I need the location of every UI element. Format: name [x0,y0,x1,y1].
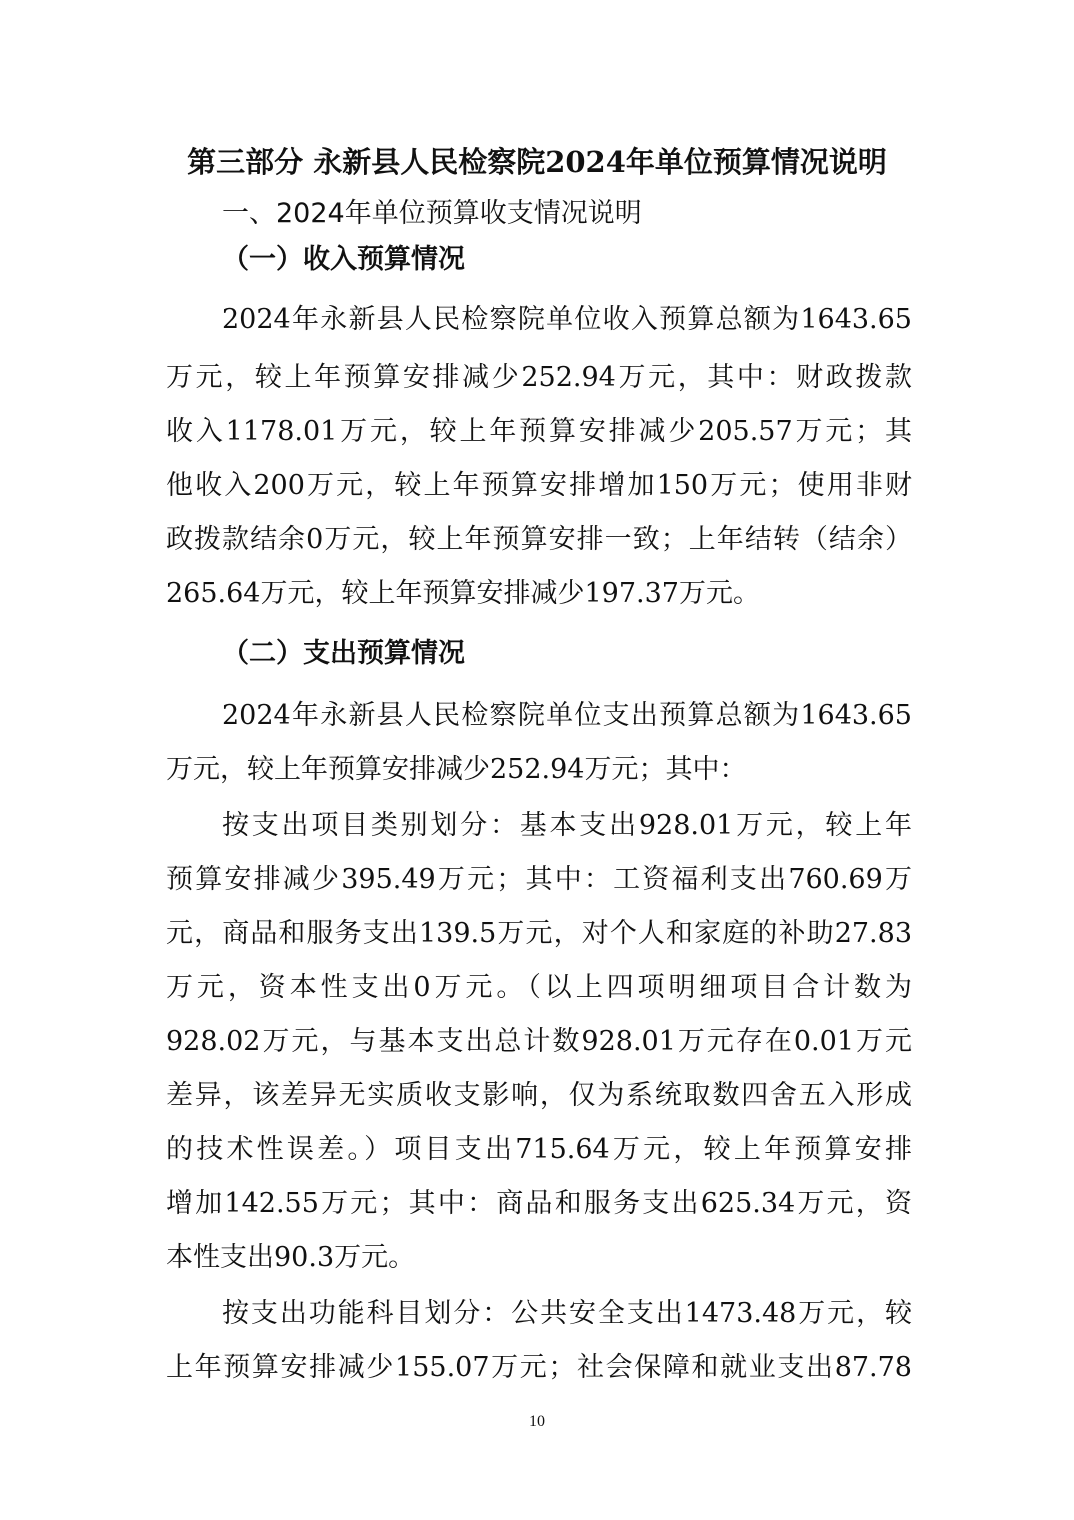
paragraph-line: 元，商品和服务支出139.5万元，对个人和家庭的补助27.83 [166,912,912,956]
page-number: 10 [0,1410,1074,1434]
paragraph-line: 按支出项目类别划分：基本支出928.01万元，较上年 [222,804,912,848]
paragraph-line: 本性支出90.3万元。 [166,1236,912,1280]
subsection-heading-expenditure: （二）支出预算情况 [222,632,465,676]
section-heading-budget-overview: 一、2024年单位预算收支情况说明 [222,192,642,236]
paragraph-line: 政拨款结余0万元，较上年预算安排一致；上年结转（结余） [166,518,912,562]
paragraph-line: 万元，资本性支出0万元。（以上四项明细项目合计数为 [166,966,912,1010]
paragraph-line: 增加142.55万元；其中：商品和服务支出625.34万元，资 [166,1182,912,1226]
subsection-heading-income: （一）收入预算情况 [222,238,465,282]
paragraph-line: 2024年永新县人民检察院单位支出预算总额为1643.65 [222,694,912,738]
paragraph-line: 265.64万元，较上年预算安排减少197.37万元。 [166,572,912,616]
paragraph-line: 收入1178.01万元，较上年预算安排减少205.57万元；其 [166,410,912,454]
document-page: 第三部分 永新县人民检察院2024年单位预算情况说明 一、2024年单位预算收支… [0,0,1074,1520]
paragraph-line: 他收入200万元，较上年预算安排增加150万元；使用非财 [166,464,912,508]
paragraph-line: 2024年永新县人民检察院单位收入预算总额为1643.65 [222,298,912,342]
paragraph-line: 928.02万元，与基本支出总计数928.01万元存在0.01万元 [166,1020,912,1064]
page-title: 第三部分 永新县人民检察院2024年单位预算情况说明 [0,140,1074,184]
paragraph-line: 差异，该差异无实质收支影响，仅为系统取数四舍五入形成 [166,1074,912,1118]
paragraph-line: 的技术性误差。）项目支出715.64万元，较上年预算安排 [166,1128,912,1172]
paragraph-line: 万元，较上年预算安排减少252.94万元；其中： [166,748,912,792]
paragraph-line: 万元，较上年预算安排减少252.94万元，其中：财政拨款 [166,356,912,400]
paragraph-line: 预算安排减少395.49万元；其中：工资福利支出760.69万 [166,858,912,902]
paragraph-line: 上年预算安排减少155.07万元；社会保障和就业支出87.78 [166,1346,912,1390]
paragraph-line: 按支出功能科目划分：公共安全支出1473.48万元，较 [222,1292,912,1336]
